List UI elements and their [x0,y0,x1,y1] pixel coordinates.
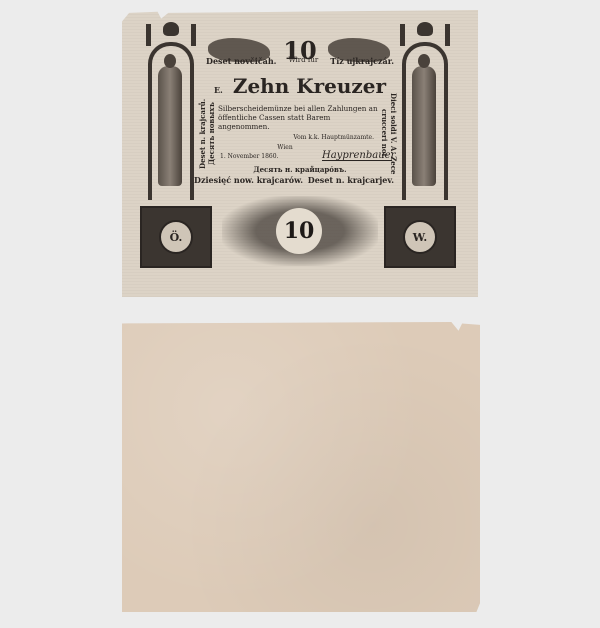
text-hungarian: Tíz ujkrajczár. [330,56,394,66]
text-croatian: Deset novčičah. [206,56,276,66]
medallion-w: W. [403,220,437,254]
banknote-back [122,322,480,612]
text-wird-fur: Wird für [288,56,318,66]
top-language-line: Deset novčičah. Wird für Tíz ujkrajczár. [122,56,478,66]
note-title: E.Zehn Kreuzer [122,74,478,98]
double-eagle-icon [163,22,179,36]
bottom-language-line: Dziesięć now. krajcarów. Deset n. krajca… [122,175,478,185]
place-text: Wien [122,144,478,151]
double-eagle-icon [417,22,433,36]
authority-text: Vom k.k. Hauptmünzamte. [122,134,478,141]
vertical-text-left: Deset n. krajcarů. Десять новыхъ [198,86,216,182]
medallion-o: Ö. [159,220,193,254]
banknote-front: 10 Deset novčičah. Wird für Tíz ujkrajcz… [122,10,478,297]
center-denomination: 10 [276,208,322,254]
corner-block-left: Ö. [140,206,212,268]
body-text: Silberscheidemünze bei allen Zahlungen a… [122,104,478,131]
title-text: Zehn Kreuzer [233,74,386,98]
corner-block-right: W. [384,206,456,268]
vertical-text-right: Dieci soldi V. A. Zece crucceri noi. [380,86,398,182]
date-text: 1. November 1860. [122,153,478,160]
cyrillic-line: Десять н. крайцарóвъ. [122,165,478,174]
